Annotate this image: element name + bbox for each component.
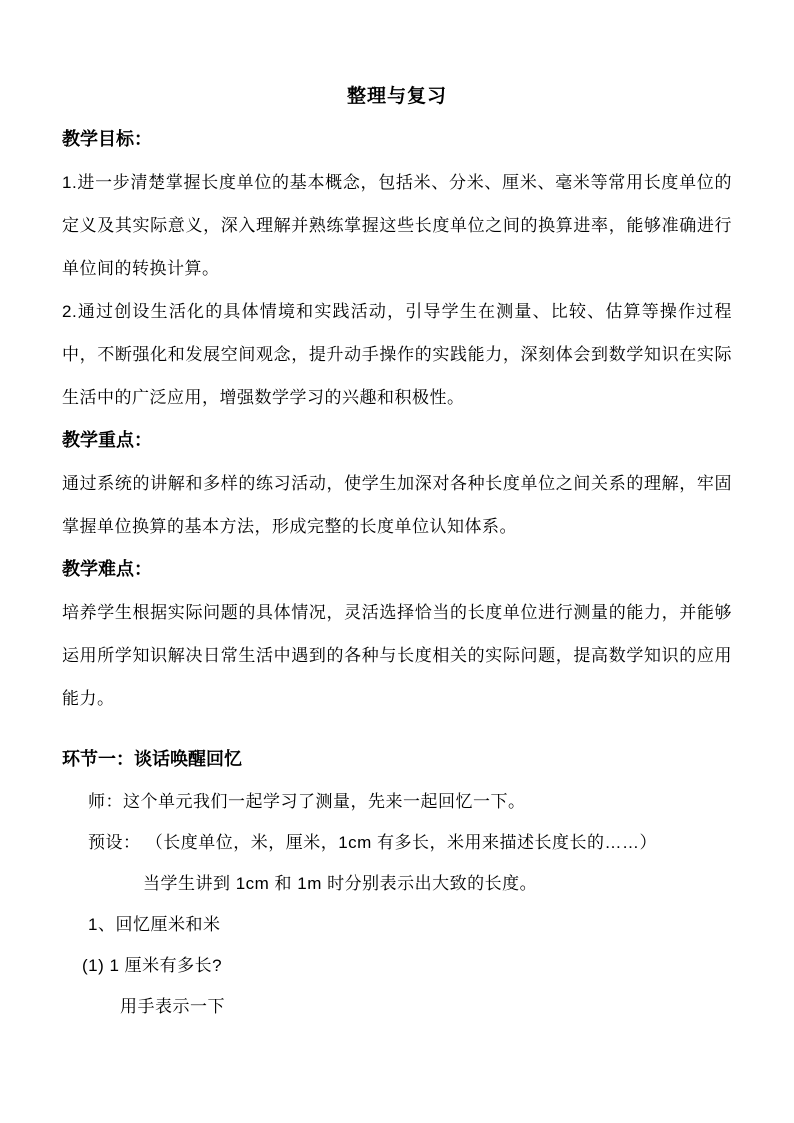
heading-teaching-objectives: 教学目标： xyxy=(62,118,732,161)
list-item-1-recall-cm-m: 1、回忆厘米和米 xyxy=(62,904,732,945)
heading-segment-1: 环节一：谈话唤醒回忆 xyxy=(62,738,732,781)
question-1-instruction: 用手表示一下 xyxy=(62,986,732,1027)
objectives-paragraph-2: 2.通过创设生活化的具体情境和实践活动，引导学生在测量、比较、估算等操作过程中，… xyxy=(62,290,732,419)
document-page: 整理与复习 教学目标： 1.进一步清楚掌握长度单位的基本概念，包括米、分米、厘米… xyxy=(0,0,794,1123)
heading-teaching-difficulties: 教学难点： xyxy=(62,548,732,591)
teacher-dialog-line: 师：这个单元我们一起学习了测量，先来一起回忆一下。 xyxy=(62,781,732,822)
objectives-paragraph-1: 1.进一步清楚掌握长度单位的基本概念，包括米、分米、厘米、毫米等常用长度单位的定… xyxy=(62,161,732,290)
question-1-how-long-is-1cm: (1) 1 厘米有多长? xyxy=(62,945,732,986)
document-title: 整理与复习 xyxy=(62,75,732,118)
teacher-note-line: 当学生讲到 1cm 和 1m 时分别表示出大致的长度。 xyxy=(62,863,732,904)
key-points-paragraph: 通过系统的讲解和多样的练习活动，使学生加深对各种长度单位之间关系的理解，牢固掌握… xyxy=(62,462,732,548)
heading-teaching-key-points: 教学重点： xyxy=(62,419,732,462)
preset-answer-line: 预设： （长度单位，米，厘米，1cm 有多长，米用来描述长度长的……） xyxy=(62,822,732,863)
difficulties-paragraph: 培养学生根据实际问题的具体情况，灵活选择恰当的长度单位进行测量的能力，并能够运用… xyxy=(62,591,732,720)
